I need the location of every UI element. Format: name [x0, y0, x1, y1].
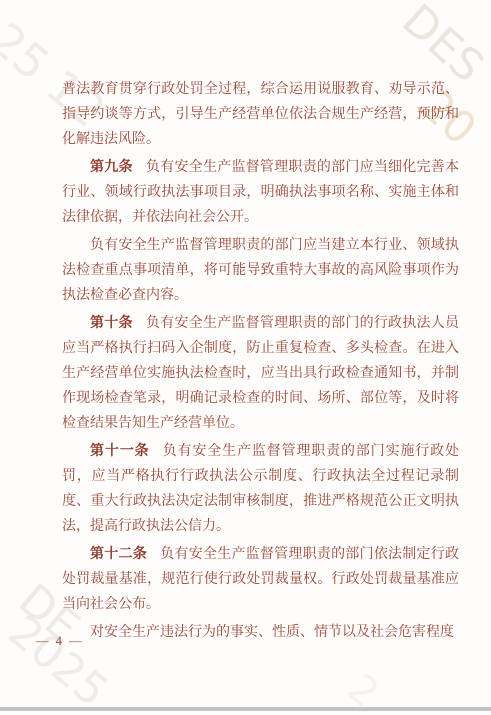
article-number: 第十一条 — [90, 444, 149, 459]
paragraph-text: 负有安全生产监督管理职责的部门应当建立本行业、领域执法检查重点事项清单，将可能导… — [62, 238, 459, 303]
article-number: 第十二条 — [90, 547, 147, 562]
scanned-document-page: 25 12 DES 20 DE 2025 2 普法教育贯穿行政处罚全过程，综合运… — [0, 0, 491, 715]
paragraph-continuation: 普法教育贯穿行政处罚全过程，综合运用说服教育、劝导示范、指导约谈等方式，引导生产… — [62, 77, 459, 152]
paragraph-continuation-to-next-page: 对安全生产违法行为的事实、性质、情节以及社会危害程度 — [62, 620, 459, 645]
paragraph-text: 对安全生产违法行为的事实、性质、情节以及社会危害程度 — [90, 625, 454, 640]
paragraph-article-12: 第十二条负有安全生产监督管理职责的部门依法制定行政处罚裁量基准，规范行使行政处罚… — [62, 542, 459, 617]
paragraph-article-9-clause-2: 负有安全生产监督管理职责的部门应当建立本行业、领域执法检查重点事项清单，将可能导… — [62, 233, 459, 308]
paragraph-text: 负有安全生产监督管理职责的部门的行政执法人员应当严格执行扫码入企制度，防止重复检… — [62, 316, 459, 431]
paragraph-article-9: 第九条负有安全生产监督管理职责的部门应当细化完善本行业、领域行政执法事项目录，明… — [62, 155, 459, 230]
article-number: 第九条 — [90, 160, 133, 175]
document-body: 普法教育贯穿行政处罚全过程，综合运用说服教育、劝导示范、指导约谈等方式，引导生产… — [62, 77, 459, 648]
page-bottom-edge — [0, 707, 491, 711]
paragraph-article-10: 第十条负有安全生产监督管理职责的部门的行政执法人员应当严格执行扫码入企制度，防止… — [62, 311, 459, 436]
paragraph-article-11: 第十一条负有安全生产监督管理职责的部门实施行政处罚，应当严格执行行政执法公示制度… — [62, 439, 459, 539]
paragraph-text: 普法教育贯穿行政处罚全过程，综合运用说服教育、劝导示范、指导约谈等方式，引导生产… — [62, 82, 459, 147]
page-number: — 4 — — [36, 633, 84, 649]
article-number: 第十条 — [90, 316, 133, 331]
